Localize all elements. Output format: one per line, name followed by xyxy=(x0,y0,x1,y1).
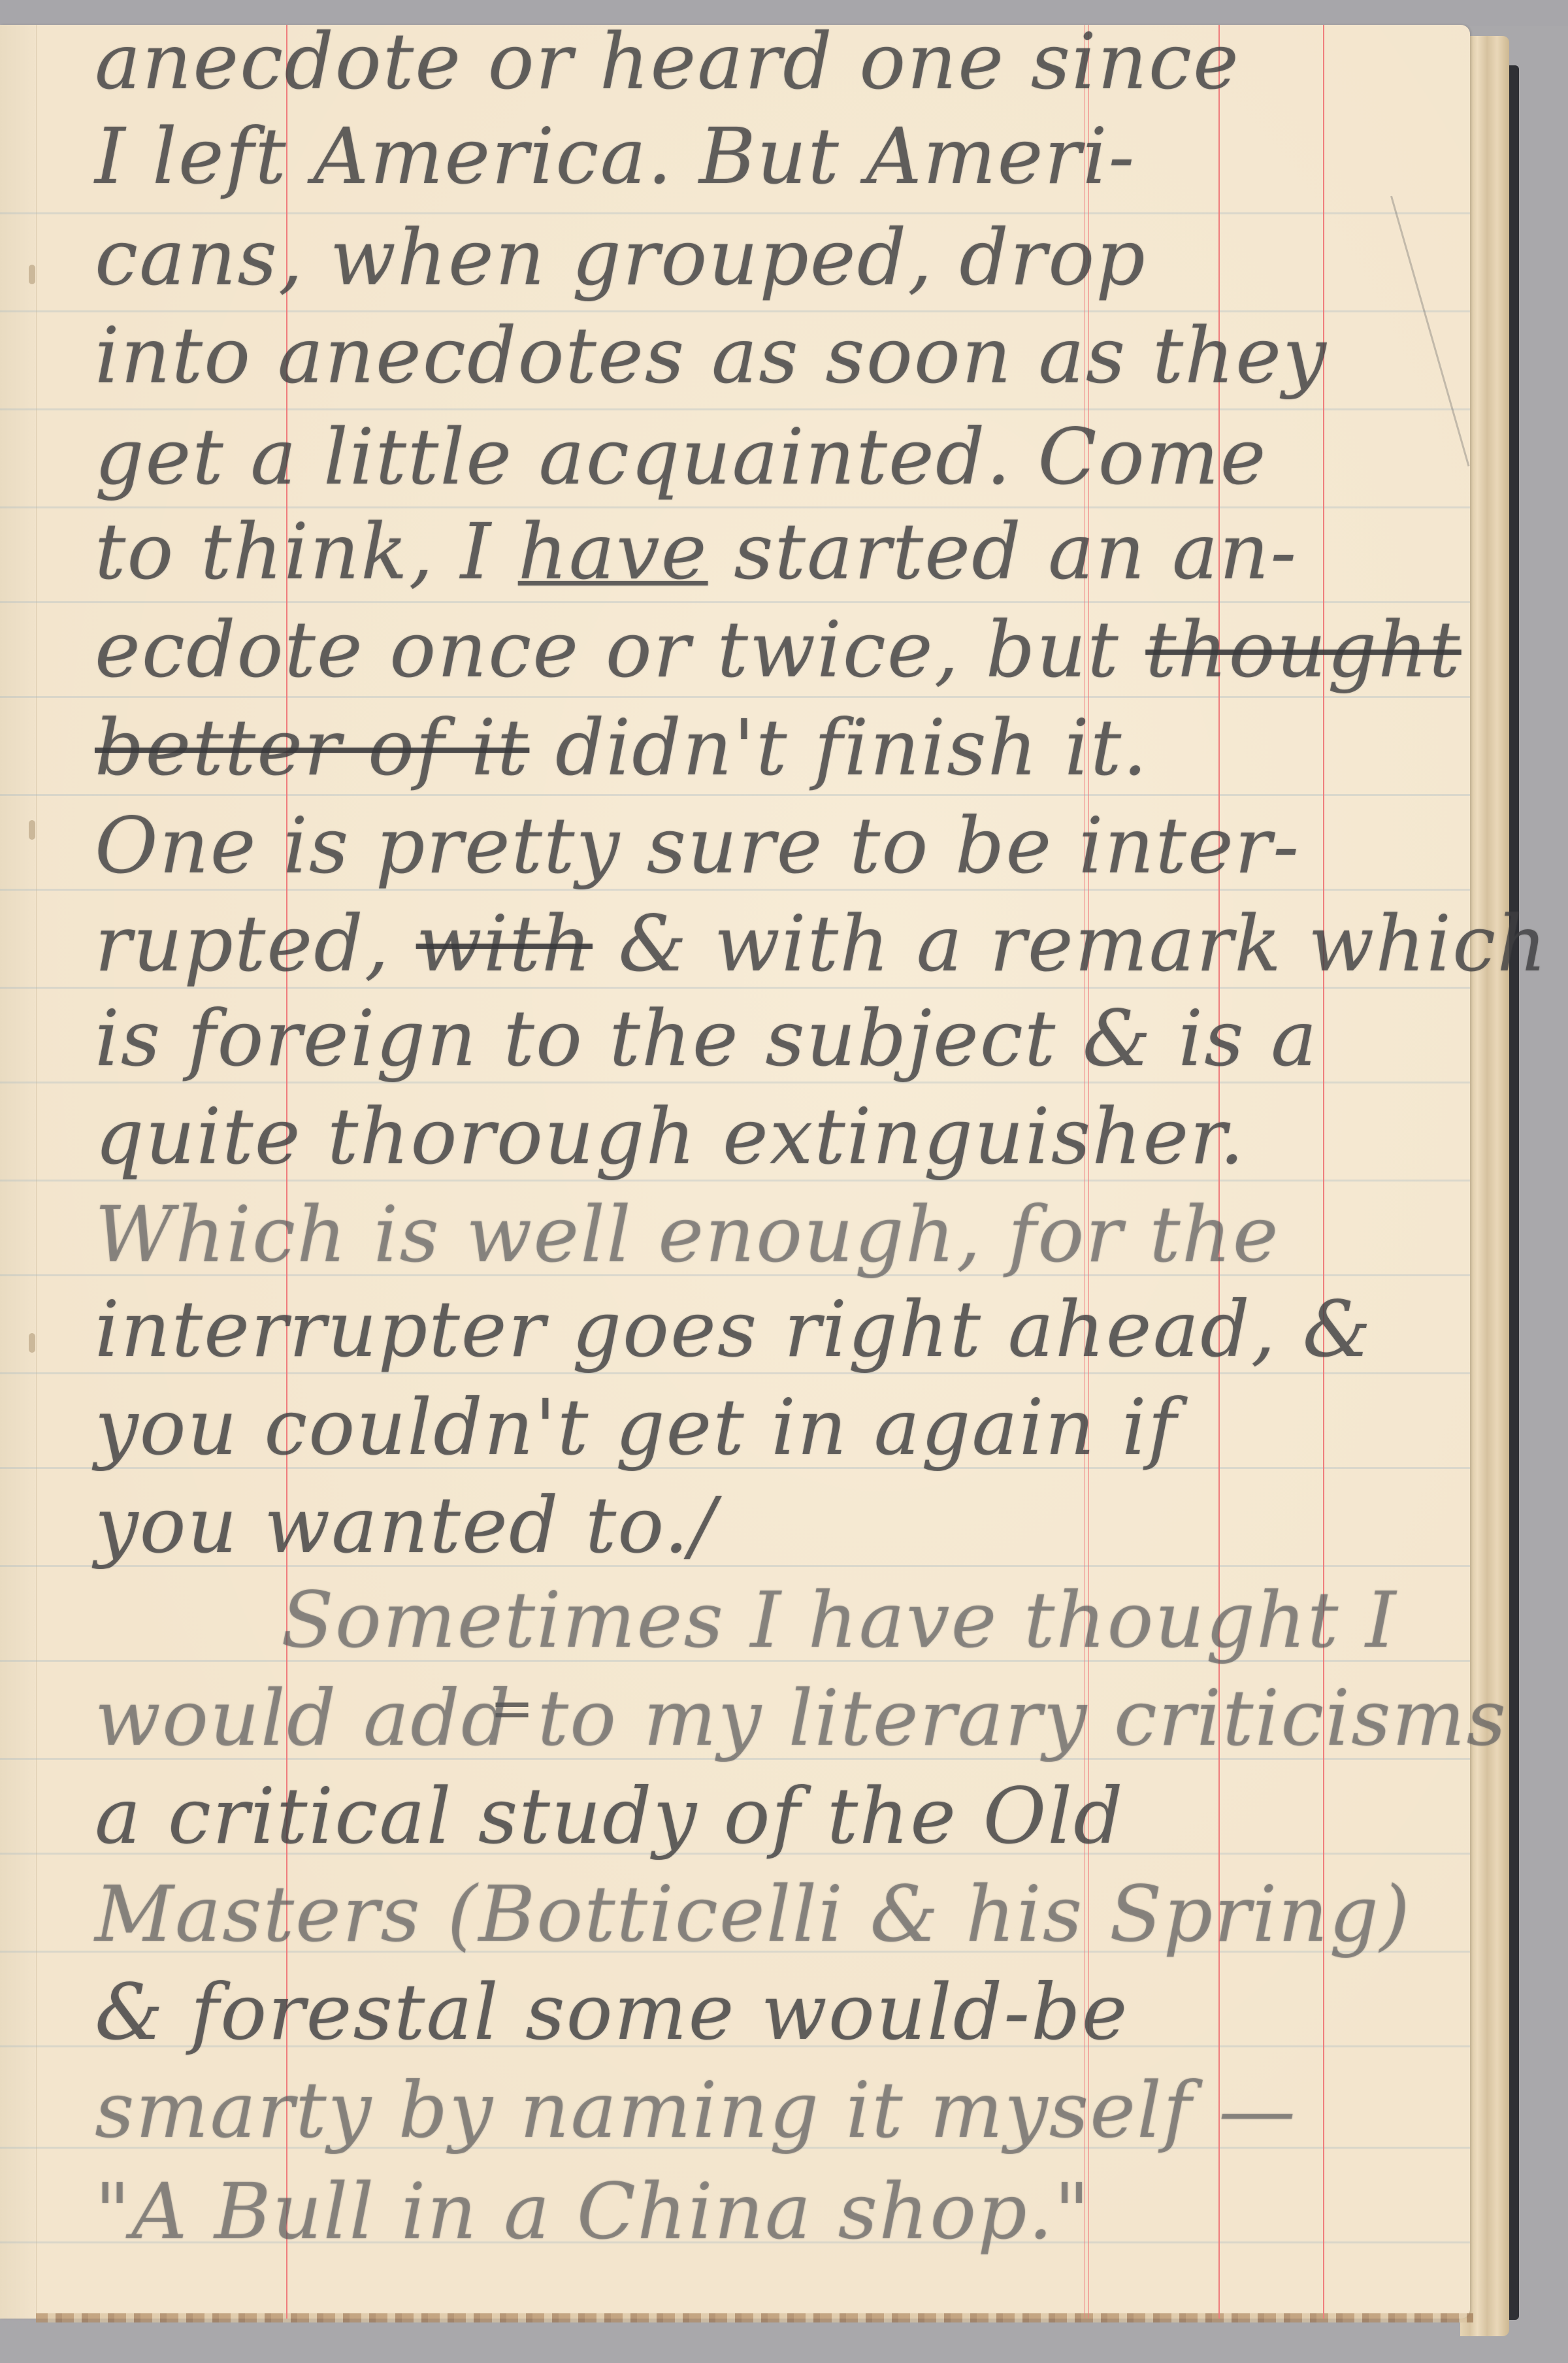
handwritten-line: smarty by naming it myself — xyxy=(95,2072,1454,2149)
ruled-line xyxy=(0,696,1470,698)
line-text: rupted, xyxy=(95,899,416,989)
handwritten-line: you couldn't get in again if xyxy=(95,1389,1454,1466)
handwritten-line: is foreign to the subject & is a xyxy=(95,1000,1454,1077)
handwritten-line: ecdote once or twice, but thought xyxy=(95,611,1454,688)
page-bottom-edge xyxy=(36,2313,1473,2322)
ruled-line xyxy=(0,601,1470,603)
handwritten-line: a critical study of the Old xyxy=(95,1777,1454,1855)
line-text: to think, I xyxy=(95,506,518,597)
handwritten-line: into anecdotes as soon as they xyxy=(95,317,1454,394)
handwritten-line: One is pretty sure to be inter- xyxy=(95,807,1454,884)
page-gutter xyxy=(0,25,37,2319)
handwritten-line: I left America. But Ameri- xyxy=(95,118,1454,195)
underlined-word: have xyxy=(518,506,708,597)
handwritten-line: get a little acquainted. Come xyxy=(95,418,1454,495)
line-text: started an an- xyxy=(708,506,1298,597)
handwritten-line: you wanted to./ xyxy=(95,1487,1454,1564)
line-text: didn't finish it. xyxy=(529,702,1149,793)
handwritten-line: Masters (Botticelli & his Spring) xyxy=(95,1876,1454,1953)
struck-word: thought xyxy=(1145,604,1461,695)
handwritten-line: quite thorough extinguisher. xyxy=(95,1098,1454,1175)
handwritten-line: better of it didn't finish it. xyxy=(95,709,1454,786)
handwritten-line: interrupter goes right ahead, & xyxy=(95,1291,1454,1368)
line-text: & with a remark which xyxy=(593,899,1548,989)
binding-stitch xyxy=(29,820,35,840)
handwritten-line: anecdote or heard one since xyxy=(95,23,1454,100)
handwritten-line: "A Bull in a China shop." xyxy=(95,2173,1454,2250)
handwritten-line: rupted, with & with a remark which xyxy=(95,905,1454,982)
struck-word: better of it xyxy=(95,702,529,793)
handwritten-line: to think, I have started an an- xyxy=(95,513,1454,590)
struck-word: with xyxy=(416,899,593,989)
ruled-line xyxy=(0,408,1470,410)
ruled-line xyxy=(0,794,1470,796)
binding-stitch xyxy=(29,265,35,284)
handwritten-line: Which is well enough, for the xyxy=(95,1196,1454,1273)
line-text: ecdote once or twice, but xyxy=(95,604,1145,695)
handwritten-line: cans, when grouped, drop xyxy=(95,219,1454,296)
binding-stitch xyxy=(29,1333,35,1353)
handwritten-line: would add to my literary criticisms xyxy=(95,1679,1454,1757)
handwritten-line: Sometimes I have thought I xyxy=(281,1581,1444,1659)
handwritten-line: & forestal some would-be xyxy=(95,1974,1454,2051)
